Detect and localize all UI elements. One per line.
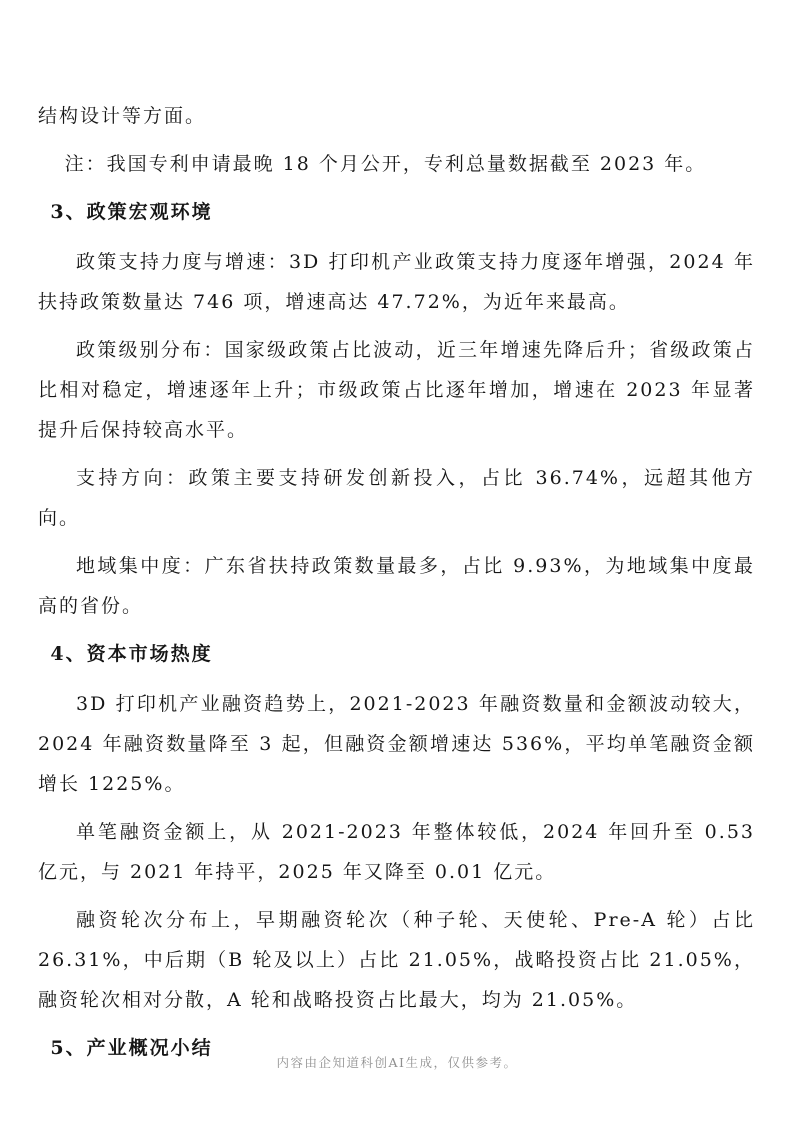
document-body: 结构设计等方面。 注：我国专利申请最晚 18 个月公开，专利总量数据截至 202… xyxy=(38,96,755,1078)
section-heading-policy-environment: 3、政策宏观环境 xyxy=(38,192,755,232)
patent-note-paragraph: 注：我国专利申请最晚 18 个月公开，专利总量数据截至 2023 年。 xyxy=(38,144,755,184)
regional-concentration-paragraph: 地域集中度：广东省扶持政策数量最多，占比 9.93%，为地域集中度最高的省份。 xyxy=(38,546,755,626)
single-financing-amount-paragraph: 单笔融资金额上，从 2021-2023 年整体较低，2024 年回升至 0.53… xyxy=(38,812,755,892)
document-page: 结构设计等方面。 注：我国专利申请最晚 18 个月公开，专利总量数据截至 202… xyxy=(0,0,794,1123)
section-heading-capital-market: 4、资本市场热度 xyxy=(38,634,755,674)
financing-trend-paragraph: 3D 打印机产业融资趋势上，2021-2023 年融资数量和金额波动较大，202… xyxy=(38,684,755,804)
financing-rounds-paragraph: 融资轮次分布上，早期融资轮次（种子轮、天使轮、Pre-A 轮）占比 26.31%… xyxy=(38,900,755,1020)
policy-level-distribution-paragraph: 政策级别分布：国家级政策占比波动，近三年增速先降后升；省级政策占比相对稳定，增速… xyxy=(38,330,755,450)
support-direction-paragraph: 支持方向：政策主要支持研发创新投入，占比 36.74%，远超其他方向。 xyxy=(38,458,755,538)
policy-support-paragraph: 政策支持力度与增速：3D 打印机产业政策支持力度逐年增强，2024 年扶持政策数… xyxy=(38,242,755,322)
paragraph-continuation: 结构设计等方面。 xyxy=(38,96,755,136)
ai-disclaimer-footer: 内容由企知道科创AI生成，仅供参考。 xyxy=(0,1053,794,1071)
